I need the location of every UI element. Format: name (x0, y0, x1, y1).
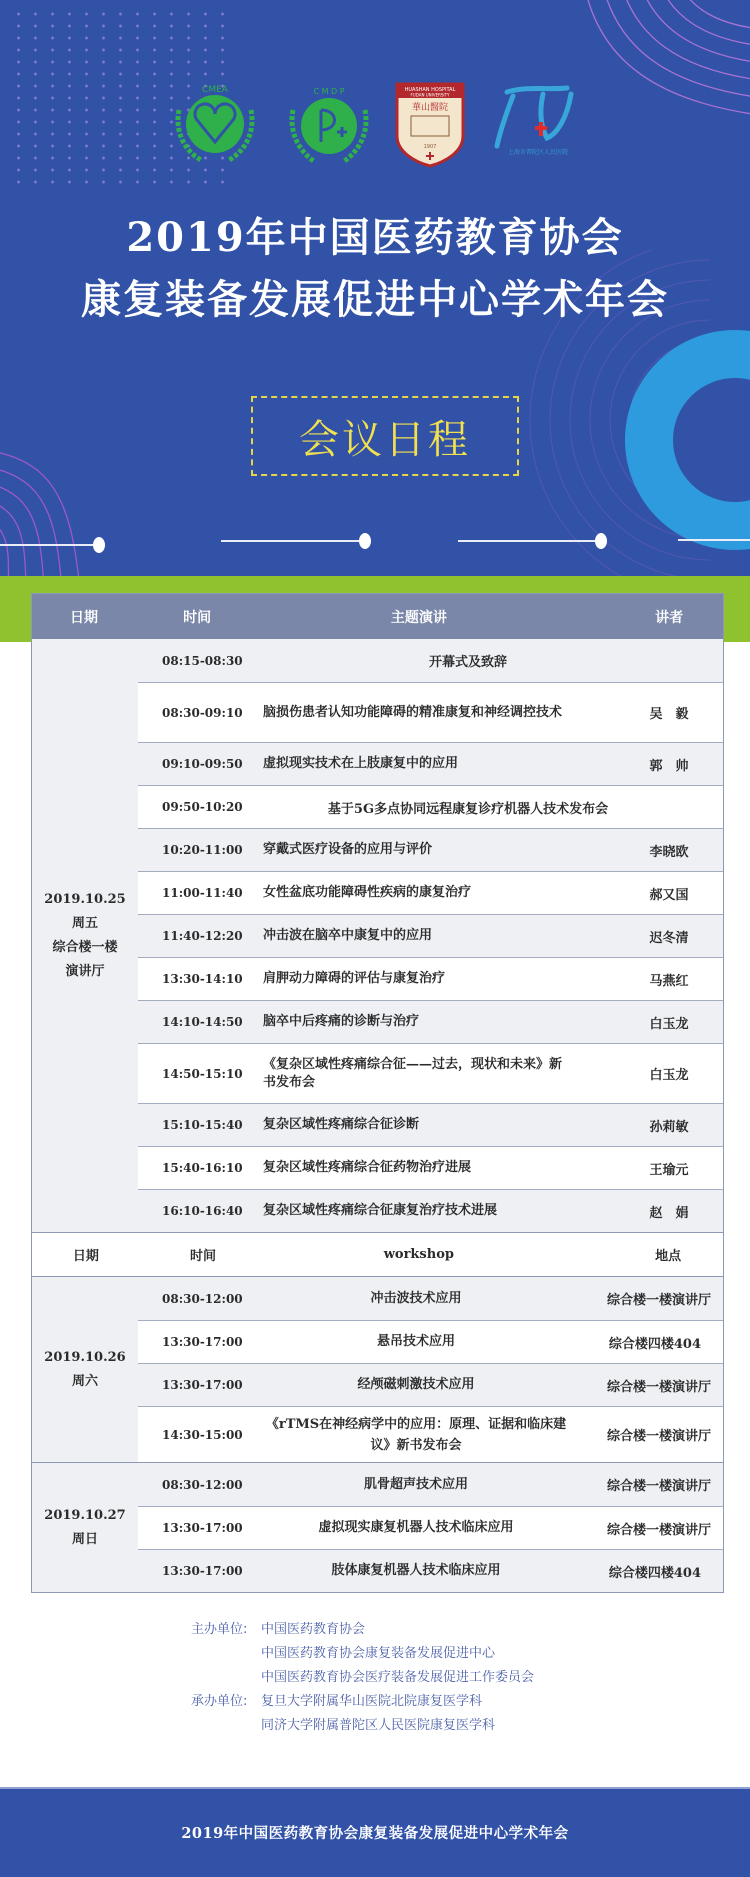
row-time: 13:30-17:00 (138, 1521, 253, 1535)
row-topic: 穿戴式医疗设备的应用与评价 (253, 841, 583, 859)
row-speaker: 白玉龙 (583, 1013, 723, 1032)
decorative-wave-lines-left-icon (0, 430, 140, 578)
row-speaker: 迟冬清 (583, 927, 723, 946)
row-speaker: 郭 帅 (583, 755, 723, 774)
table-row: 13:30-17:00 肢体康复机器人技术临床应用 综合楼四楼404 (138, 1549, 723, 1592)
row-time: 08:30-12:00 (138, 1478, 253, 1492)
day-2-rows: 08:30-12:00 冲击波技术应用 综合楼一楼演讲厅 13:30-17:00… (138, 1277, 723, 1462)
table-row: 08:30-12:00 冲击波技术应用 综合楼一楼演讲厅 (138, 1277, 723, 1320)
row-speaker: 马燕红 (583, 970, 723, 989)
row-topic: 悬吊技术应用 (253, 1333, 583, 1351)
row-topic: 经颅磁刺激技术应用 (253, 1376, 583, 1394)
row-topic: 虚拟现实康复机器人技术临床应用 (253, 1519, 583, 1537)
table-row: 09:50-10:20 基于5G多点协同远程康复诊疗机器人技术发布会 (138, 785, 723, 828)
host-3: 中国医药教育协会医疗装备发展促进工作委员会 (261, 1666, 534, 1690)
table-row: 13:30-17:00 经颅磁刺激技术应用 综合楼一楼演讲厅 (138, 1363, 723, 1406)
table-row: 14:10-14:50 脑卒中后疼痛的诊断与治疗 白玉龙 (138, 1000, 723, 1043)
row-time: 08:30-12:00 (138, 1292, 253, 1306)
co-host-label: 承办单位: (191, 1690, 261, 1714)
decorative-slider-4 (678, 539, 750, 541)
row-time: 13:30-14:10 (138, 972, 253, 986)
svg-text:1907: 1907 (424, 144, 437, 150)
row-topic: 虚拟现实技术在上肢康复中的应用 (253, 755, 583, 773)
day-2-date: 2019.10.26 (44, 1346, 125, 1370)
workshop-header-time: 时间 (140, 1245, 255, 1264)
day-3-rows: 08:30-12:00 肌骨超声技术应用 综合楼一楼演讲厅 13:30-17:0… (138, 1463, 723, 1592)
slider-knob (595, 533, 607, 549)
row-topic: 脑卒中后疼痛的诊断与治疗 (253, 1013, 583, 1031)
row-speaker: 王瑜元 (583, 1159, 723, 1178)
co-host-2: 同济大学附属普陀区人民医院康复医学科 (261, 1714, 495, 1738)
host-1: 中国医药教育协会 (261, 1618, 365, 1642)
row-location: 综合楼一楼演讲厅 (583, 1425, 723, 1444)
row-speaker: 孙莉敏 (583, 1116, 723, 1135)
row-location: 综合楼一楼演讲厅 (583, 1376, 723, 1395)
row-time: 09:50-10:20 (138, 800, 253, 814)
header-date: 日期 (32, 607, 140, 627)
table-row: 13:30-17:00 虚拟现实康复机器人技术临床应用 综合楼一楼演讲厅 (138, 1506, 723, 1549)
row-time: 09:10-09:50 (138, 757, 253, 771)
row-topic: 冲击波技术应用 (253, 1290, 583, 1308)
row-time: 14:30-15:00 (138, 1428, 253, 1442)
table-row: 08:30-12:00 肌骨超声技术应用 综合楼一楼演讲厅 (138, 1463, 723, 1506)
decorative-slider-3 (458, 540, 601, 542)
title-line-1: 2019年中国医药教育协会 (0, 212, 750, 264)
svg-text:C M D P: C M D P (313, 87, 344, 96)
row-topic: 肩胛动力障碍的评估与康复治疗 (253, 970, 583, 988)
header-topic: 主题演讲 (254, 607, 583, 627)
day-3-weekday: 周日 (72, 1528, 98, 1552)
slider-knob (93, 537, 105, 553)
table-header: 日期 时间 主题演讲 讲者 (32, 594, 723, 639)
day-1-date-cell: 2019.10.25 周五 综合楼一楼 演讲厅 (32, 639, 138, 1232)
logo-row: CMEA C M D P HUASHAN HOSPITAL (0, 80, 750, 170)
row-topic: 女性盆底功能障碍性疾病的康复治疗 (253, 884, 583, 902)
row-time: 11:40-12:20 (138, 929, 253, 943)
co-host-line: 同济大学附属普陀区人民医院康复医学科 (191, 1714, 534, 1738)
hero-banner: CMEA C M D P HUASHAN HOSPITAL (0, 0, 750, 578)
row-location: 综合楼一楼演讲厅 (583, 1289, 723, 1308)
row-speaker: 赵 娟 (583, 1202, 723, 1221)
row-topic: 《复杂区域性疼痛综合征——过去，现状和未来》新书发布会 (253, 1056, 583, 1092)
row-topic: 肢体康复机器人技术临床应用 (253, 1562, 583, 1580)
table-row: 10:20-11:00 穿戴式医疗设备的应用与评价 李晓欧 (138, 828, 723, 871)
row-topic: 冲击波在脑卒中康复中的应用 (253, 927, 583, 945)
row-topic: 复杂区域性疼痛综合征诊断 (253, 1116, 583, 1134)
row-time: 08:30-09:10 (138, 706, 253, 720)
svg-text:華山醫院: 華山醫院 (412, 101, 448, 113)
page-title: 2019年中国医药教育协会 康复装备发展促进中心学术年会 (0, 212, 750, 330)
spacer (191, 1642, 261, 1666)
row-time: 13:30-17:00 (138, 1378, 253, 1392)
schedule-label-box: 会议日程 (251, 396, 519, 476)
table-row: 15:10-15:40 复杂区域性疼痛综合征诊断 孙莉敏 (138, 1103, 723, 1146)
table-row: 11:00-11:40 女性盆底功能障碍性疾病的康复治疗 郝又国 (138, 871, 723, 914)
table-row: 11:40-12:20 冲击波在脑卒中康复中的应用 迟冬清 (138, 914, 723, 957)
decorative-slider-2 (221, 540, 365, 542)
day-1-rows: 08:15-08:30 开幕式及致辞 08:30-09:10 脑损伤患者认知功能… (138, 639, 723, 1232)
day-2-date-cell: 2019.10.26 周六 (32, 1277, 138, 1462)
putuo-pt-emblem-icon: 上海市普陀区人民医院 (483, 82, 593, 168)
row-time: 14:10-14:50 (138, 1015, 253, 1029)
table-row: 08:30-09:10 脑损伤患者认知功能障碍的精准康复和神经调控技术 吴 毅 (138, 682, 723, 742)
day-1-venue-line2: 演讲厅 (65, 960, 104, 984)
row-speaker: 白玉龙 (583, 1064, 723, 1083)
row-topic: 《rTMS在神经病学中的应用：原理、证据和临床建议》新书发布会 (253, 1414, 583, 1456)
host-line: 主办单位: 中国医药教育协会 (191, 1618, 534, 1642)
day-2-weekday: 周六 (72, 1370, 98, 1394)
table-row: 13:30-17:00 悬吊技术应用 综合楼四楼404 (138, 1320, 723, 1363)
spacer (191, 1714, 261, 1738)
schedule-table: 日期 时间 主题演讲 讲者 2019.10.25 周五 综合楼一楼 演讲厅 08… (31, 593, 724, 1593)
host-2: 中国医药教育协会康复装备发展促进中心 (261, 1642, 495, 1666)
row-time: 08:15-08:30 (138, 654, 253, 668)
row-location: 综合楼一楼演讲厅 (583, 1475, 723, 1494)
conference-schedule-poster: CMEA C M D P HUASHAN HOSPITAL (0, 0, 750, 1877)
row-topic: 复杂区域性疼痛综合征康复治疗技术进展 (253, 1202, 583, 1220)
row-location: 综合楼四楼404 (583, 1333, 723, 1352)
host-label: 主办单位: (191, 1618, 261, 1642)
svg-text:上海市普陀区人民医院: 上海市普陀区人民医院 (508, 148, 568, 156)
cmdp-emblem-icon: C M D P (281, 80, 377, 170)
svg-text:CMEA: CMEA (202, 85, 229, 95)
row-speaker: 郝又国 (583, 884, 723, 903)
table-row: 09:10-09:50 虚拟现实技术在上肢康复中的应用 郭 帅 (138, 742, 723, 785)
row-topic: 脑损伤患者认知功能障碍的精准康复和神经调控技术 (253, 704, 583, 722)
table-row: 14:50-15:10 《复杂区域性疼痛综合征——过去，现状和未来》新书发布会 … (138, 1043, 723, 1103)
cmea-logo: CMEA (167, 80, 263, 170)
svg-text:FUDAN UNIVERSITY: FUDAN UNIVERSITY (411, 93, 451, 98)
schedule-label: 会议日程 (299, 408, 471, 465)
row-time: 14:50-15:10 (138, 1067, 253, 1081)
huashan-shield-icon: HUASHAN HOSPITAL FUDAN UNIVERSITY 華山醫院 1… (395, 82, 465, 168)
row-speaker: 李晓欧 (583, 841, 723, 860)
row-location: 综合楼四楼404 (583, 1562, 723, 1581)
title-line-2: 康复装备发展促进中心学术年会 (0, 270, 750, 330)
huashan-hospital-logo: HUASHAN HOSPITAL FUDAN UNIVERSITY 華山醫院 1… (395, 82, 465, 168)
row-topic: 开幕式及致辞 (253, 651, 723, 670)
workshop-header-date: 日期 (32, 1245, 140, 1264)
row-time: 10:20-11:00 (138, 843, 253, 857)
co-host-line: 承办单位: 复旦大学附属华山医院北院康复医学科 (191, 1690, 534, 1714)
table-row: 16:10-16:40 复杂区域性疼痛综合征康复治疗技术进展 赵 娟 (138, 1189, 723, 1232)
day-1-section: 2019.10.25 周五 综合楼一楼 演讲厅 08:15-08:30 开幕式及… (32, 639, 723, 1232)
row-topic: 肌骨超声技术应用 (253, 1476, 583, 1494)
day-1-venue-line1: 综合楼一楼 (52, 936, 117, 960)
row-time: 15:10-15:40 (138, 1118, 253, 1132)
workshop-header-topic: workshop (254, 1247, 583, 1262)
row-speaker: 吴 毅 (583, 703, 723, 722)
workshop-header-location: 地点 (583, 1245, 723, 1264)
row-topic: 基于5G多点协同远程康复诊疗机器人技术发布会 (253, 798, 723, 817)
workshop-header: 日期 时间 workshop 地点 (32, 1232, 723, 1276)
header-speaker: 讲者 (583, 607, 723, 627)
host-line: 中国医药教育协会医疗装备发展促进工作委员会 (191, 1666, 534, 1690)
table-row: 08:15-08:30 开幕式及致辞 (138, 639, 723, 682)
co-host-1: 复旦大学附属华山医院北院康复医学科 (261, 1690, 482, 1714)
host-line: 中国医药教育协会康复装备发展促进中心 (191, 1642, 534, 1666)
row-location: 综合楼一楼演讲厅 (583, 1519, 723, 1538)
slider-knob (359, 533, 371, 549)
header-time: 时间 (140, 607, 255, 627)
decorative-slider-1 (0, 544, 99, 546)
row-topic: 复杂区域性疼痛综合征药物治疗进展 (253, 1159, 583, 1177)
cmdp-logo: C M D P (281, 80, 377, 170)
table-row: 15:40-16:10 复杂区域性疼痛综合征药物治疗进展 王瑜元 (138, 1146, 723, 1189)
spacer (191, 1666, 261, 1690)
day-1-weekday: 周五 (72, 912, 98, 936)
row-time: 16:10-16:40 (138, 1204, 253, 1218)
row-time: 15:40-16:10 (138, 1161, 253, 1175)
cmea-emblem-icon: CMEA (167, 80, 263, 170)
row-time: 11:00-11:40 (138, 886, 253, 900)
day-2-section: 2019.10.26 周六 08:30-12:00 冲击波技术应用 综合楼一楼演… (32, 1276, 723, 1462)
footer-banner: 2019年中国医药教育协会康复装备发展促进中心学术年会 (0, 1787, 750, 1877)
footer-text: 2019年中国医药教育协会康复装备发展促进中心学术年会 (181, 1822, 568, 1877)
row-time: 13:30-17:00 (138, 1564, 253, 1578)
day-1-date: 2019.10.25 (44, 888, 125, 912)
day-3-date: 2019.10.27 (44, 1504, 125, 1528)
day-3-date-cell: 2019.10.27 周日 (32, 1463, 138, 1592)
day-3-section: 2019.10.27 周日 08:30-12:00 肌骨超声技术应用 综合楼一楼… (32, 1462, 723, 1592)
row-time: 13:30-17:00 (138, 1335, 253, 1349)
organizers: 主办单位: 中国医药教育协会 中国医药教育协会康复装备发展促进中心 中国医药教育… (191, 1618, 534, 1738)
table-row: 13:30-14:10 肩胛动力障碍的评估与康复治疗 马燕红 (138, 957, 723, 1000)
putuo-hospital-logo: 上海市普陀区人民医院 (483, 82, 593, 168)
table-row: 14:30-15:00 《rTMS在神经病学中的应用：原理、证据和临床建议》新书… (138, 1406, 723, 1462)
